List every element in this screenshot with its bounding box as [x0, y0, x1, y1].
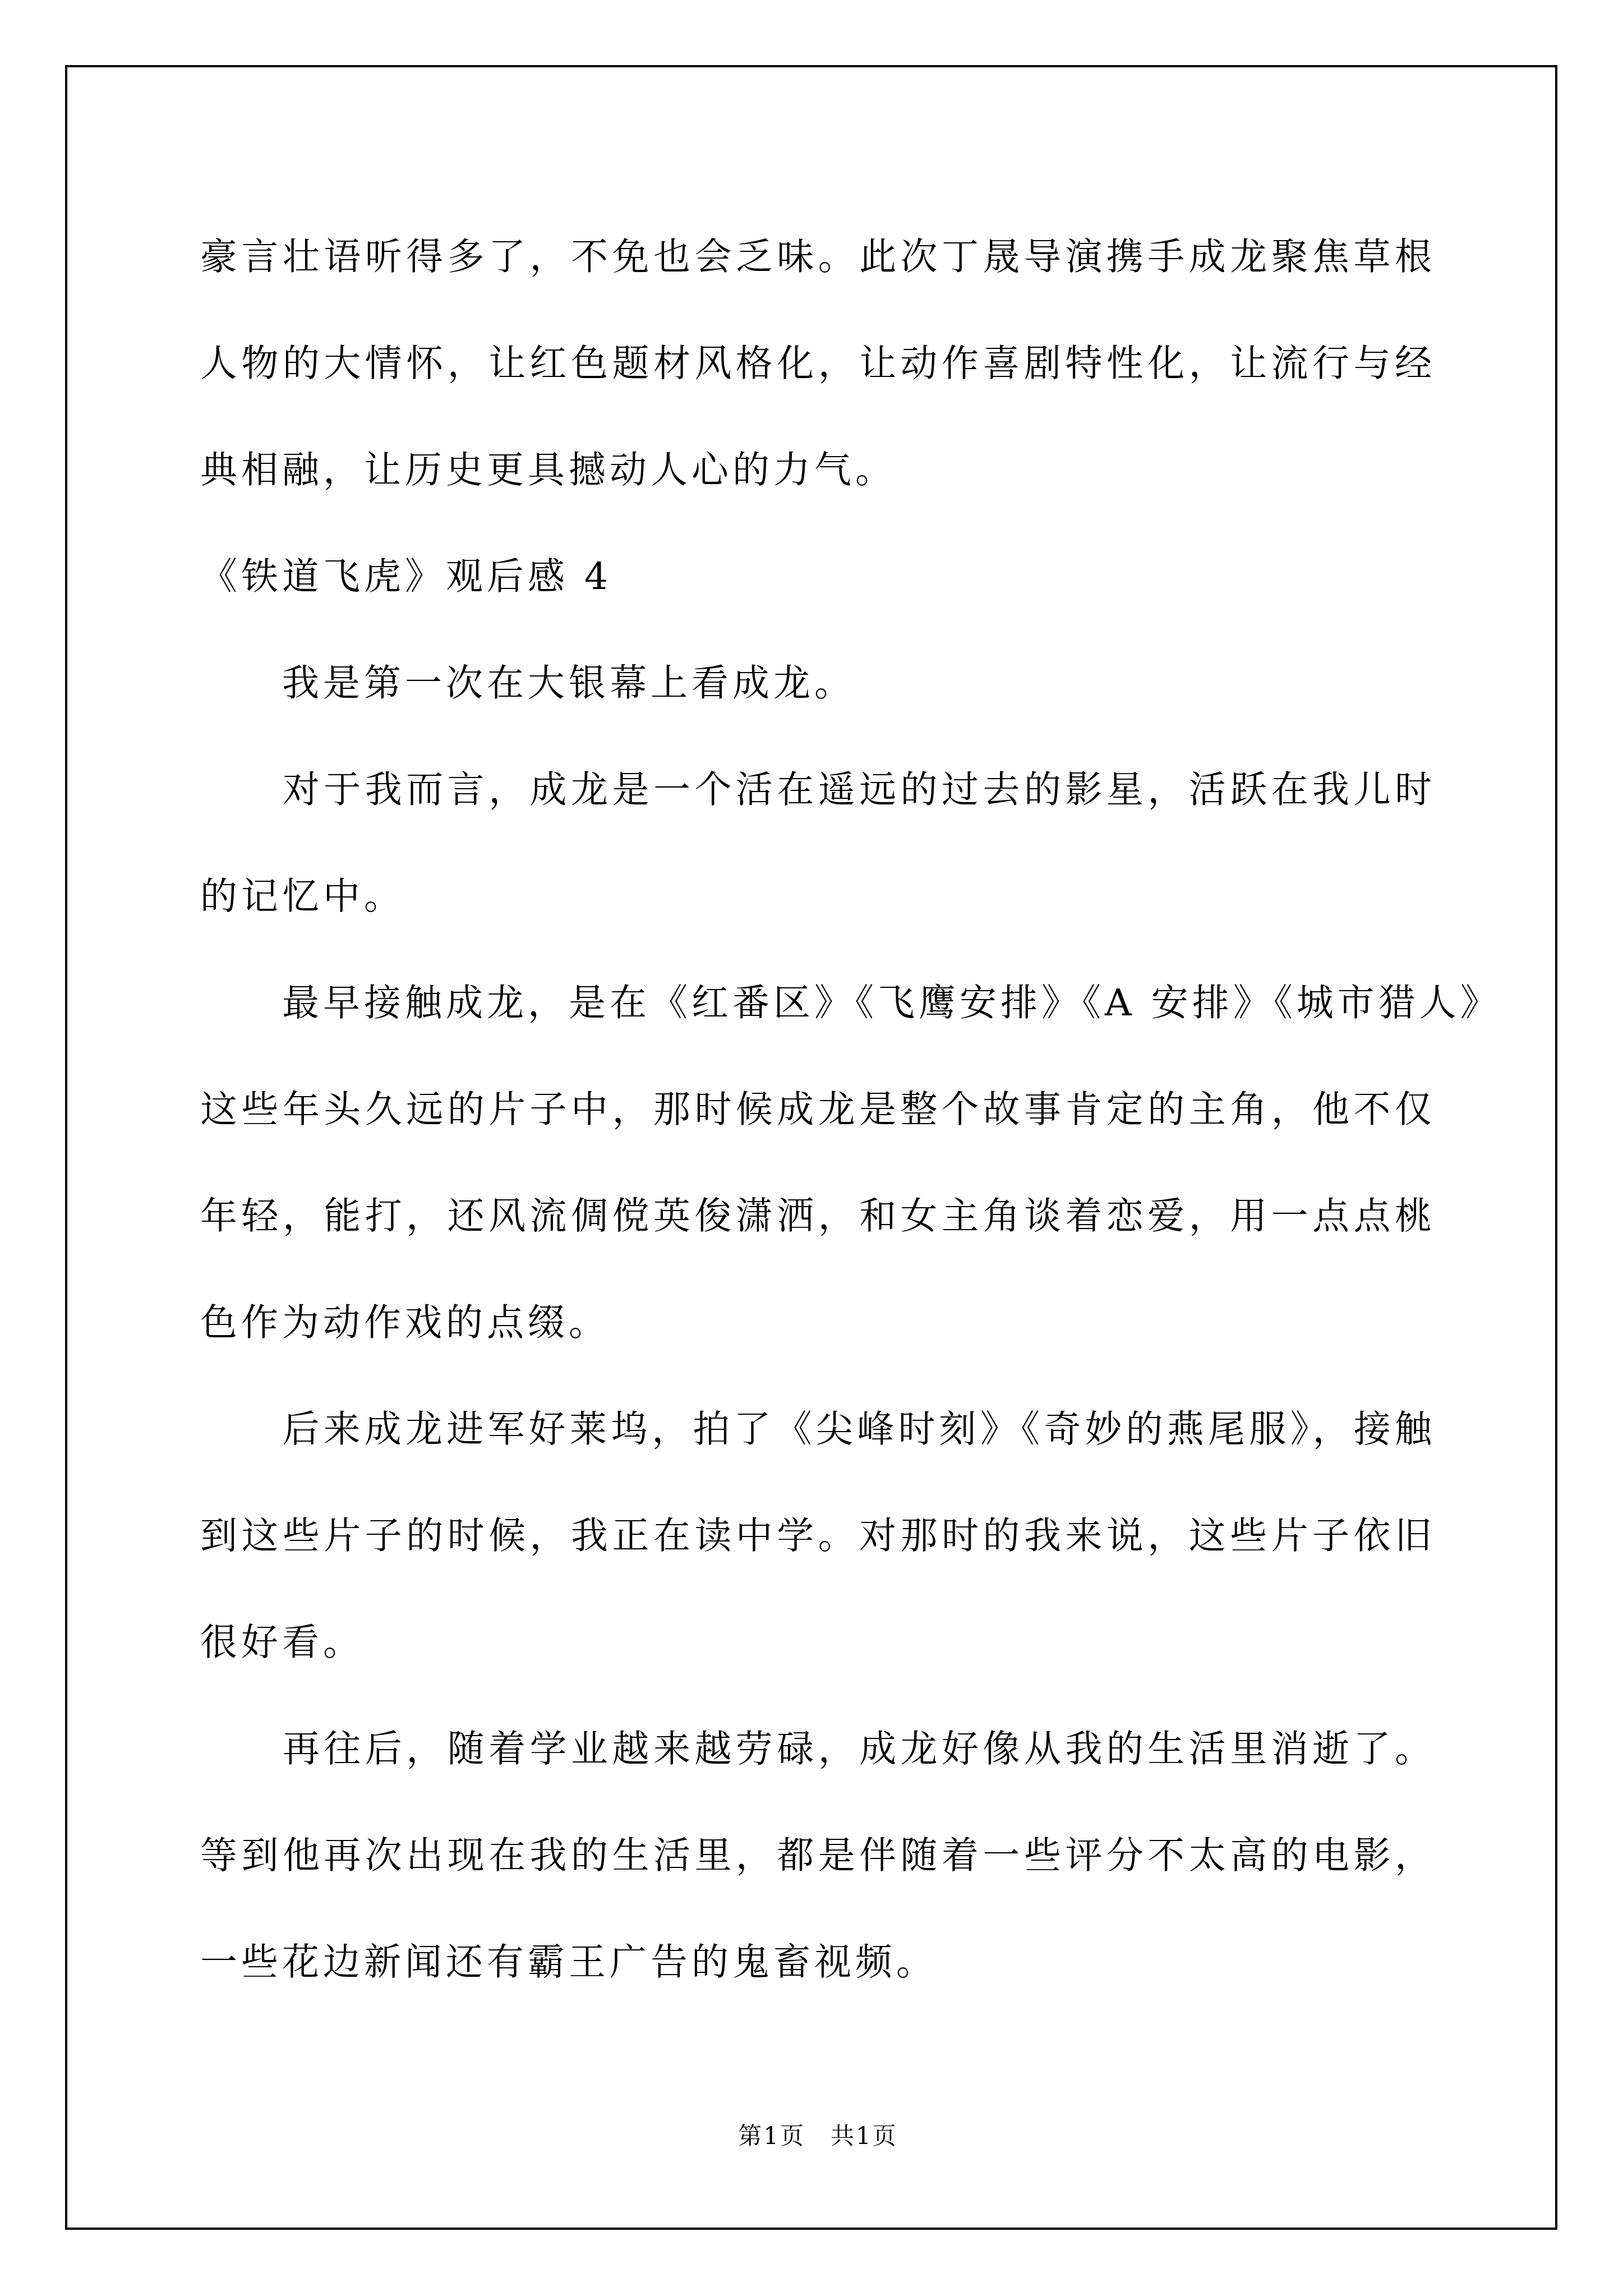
text-line: 典相融，让历史更具撼动人心的力气。	[200, 417, 1436, 523]
text-line: 一些花边新闻还有霸王广告的鬼畜视频。	[200, 1909, 1436, 2016]
text-line: 我是第一次在大银幕上看成龙。	[200, 630, 1436, 737]
text-line: 对于我而言，成龙是一个活在遥远的过去的影星，活跃在我儿时	[200, 737, 1436, 843]
text-line: 人物的大情怀，让红色题材风格化，让动作喜剧特性化，让流行与经	[200, 310, 1436, 417]
text-line: 豪言壮语听得多了，不免也会乏味。此次丁晟导演携手成龙聚焦草根	[200, 204, 1436, 310]
page-number-footer: 第1页 共1页	[200, 2119, 1436, 2153]
text-line: 后来成龙进军好莱坞，拍了《尖峰时刻》《奇妙的燕尾服》，接触	[200, 1376, 1436, 1483]
text-line: 年轻，能打，还风流倜傥英俊潇洒，和女主角谈着恋爱，用一点点桃	[200, 1163, 1436, 1269]
text-line: 的记忆中。	[200, 843, 1436, 950]
document-body: 豪言壮语听得多了，不免也会乏味。此次丁晟导演携手成龙聚焦草根人物的大情怀，让红色…	[200, 204, 1436, 2016]
text-line: 很好看。	[200, 1589, 1436, 1696]
text-line: 等到他再次出现在我的生活里，都是伴随着一些评分不太高的电影，	[200, 1802, 1436, 1909]
text-line: 色作为动作戏的点缀。	[200, 1269, 1436, 1376]
text-line: 最早接触成龙，是在《红番区》《飞鹰安排》《A 安排》《城市猎人》	[200, 950, 1436, 1056]
text-line: 再往后，随着学业越来越劳碌，成龙好像从我的生活里消逝了。	[200, 1696, 1436, 1802]
text-line: 到这些片子的时候，我正在读中学。对那时的我来说，这些片子依旧	[200, 1483, 1436, 1589]
document-page: 豪言壮语听得多了，不免也会乏味。此次丁晟导演携手成龙聚焦草根人物的大情怀，让红色…	[0, 0, 1623, 2296]
text-line: 《铁道飞虎》观后感 4	[200, 523, 1436, 630]
text-line: 这些年头久远的片子中，那时候成龙是整个故事肯定的主角，他不仅	[200, 1056, 1436, 1163]
